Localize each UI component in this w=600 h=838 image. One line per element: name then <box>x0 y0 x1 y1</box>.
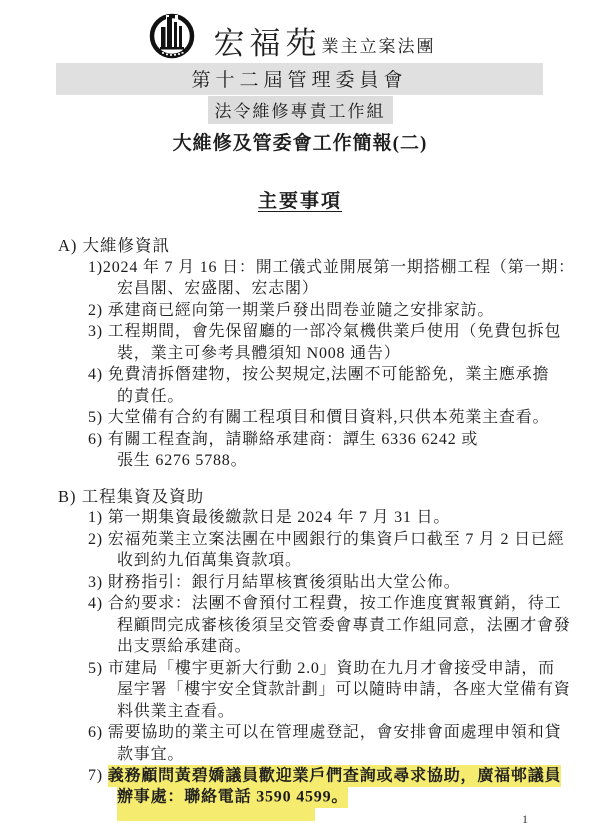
document-header: 宏福苑 業主立案法團 <box>0 0 592 59</box>
section: A) 大維修資訊1)2024 年 7 月 16 日：開工儀式並開展第一期搭棚工程… <box>0 235 600 472</box>
workgroup-line-wrap: 法令維修專責工作組 <box>0 96 600 124</box>
list-item: 2) 承建商已經向第一期業戶發出問卷並隨之安排家訪。 <box>88 300 593 322</box>
highlight-tail <box>117 808 315 821</box>
committee-line: 第十二屆管理委員會 <box>56 63 543 95</box>
estate-logo-icon <box>149 13 195 59</box>
workgroup-line: 法令維修專責工作組 <box>208 96 393 124</box>
estate-owners-corp-label: 業主立案法團 <box>322 32 436 59</box>
list-item: 4) 免費清拆僭建物，按公契規定,法團不可能豁免，業主應承擔 的責任。 <box>88 364 593 407</box>
list-item: 7) 義務顧問黃碧嬌議員歡迎業戶們查詢或尋求協助，廣福邨議員 辦事處：聯絡電話 … <box>88 765 593 821</box>
list-item: 5) 市建局「樓宇更新大行動 2.0」資助在九月才會接受申請，而 屋宇署「樓宇安… <box>88 658 593 723</box>
list-item: 2) 宏福苑業主立案法團在中國銀行的集資戶口截至 7 月 2 日已經 收到約九佰… <box>88 529 593 572</box>
list-item: 3) 工程期間，會先保留廳的一部冷氣機供業戶使用（免費包拆包 裝，業主可參考具體… <box>88 321 593 364</box>
list-item: 5) 大堂備有合約有關工程項目和價目資料,只供本苑業主查看。 <box>88 407 593 429</box>
section-heading: A) 大維修資訊 <box>58 235 600 257</box>
highlighted-text: 義務顧問黃碧嬌議員歡迎業戶們查詢或尋求協助，廣福邨議員 辦事處：聯絡電話 359… <box>108 765 562 809</box>
item-list: 1)2024 年 7 月 16 日：開工儀式並開展第一期搭棚工程（第一期： 宏昌… <box>88 257 593 472</box>
list-item: 1) 第一期集資最後繳款日是 2024 年 7 月 31 日。 <box>88 507 593 529</box>
item-prefix: 7) <box>88 767 108 784</box>
sections-container: A) 大維修資訊1)2024 年 7 月 16 日：開工儀式並開展第一期搭棚工程… <box>0 235 600 821</box>
main-heading: 主要事項 <box>0 186 600 213</box>
section-heading: B) 工程集資及資助 <box>58 486 600 508</box>
list-item: 6) 需要協助的業主可以在管理處登記，會安排會面處理申領和貸 款事宜。 <box>88 722 593 765</box>
list-item: 6) 有關工程查詢，請聯絡承建商：譚生 6336 6242 或 張生 6276 … <box>88 429 593 472</box>
estate-name: 宏福苑 <box>214 28 322 59</box>
section: B) 工程集資及資助1) 第一期集資最後繳款日是 2024 年 7 月 31 日… <box>0 486 600 822</box>
page-number: 1 <box>522 812 528 827</box>
list-item: 4) 合約要求：法團不會預付工程費，按工作進度實報實銷，待工 程顧問完成審核後須… <box>88 593 593 658</box>
document-page: 宏福苑 業主立案法團 第十二屆管理委員會 法令維修專責工作組 大維修及管委會工作… <box>0 0 600 838</box>
item-list: 1) 第一期集資最後繳款日是 2024 年 7 月 31 日。2) 宏福苑業主立… <box>88 507 593 821</box>
list-item: 3) 財務指引：銀行月結單核實後須貼出大堂公佈。 <box>88 572 593 594</box>
report-title: 大維修及管委會工作簡報(二) <box>0 128 600 155</box>
list-item: 1)2024 年 7 月 16 日：開工儀式並開展第一期搭棚工程（第一期： 宏昌… <box>88 257 593 300</box>
